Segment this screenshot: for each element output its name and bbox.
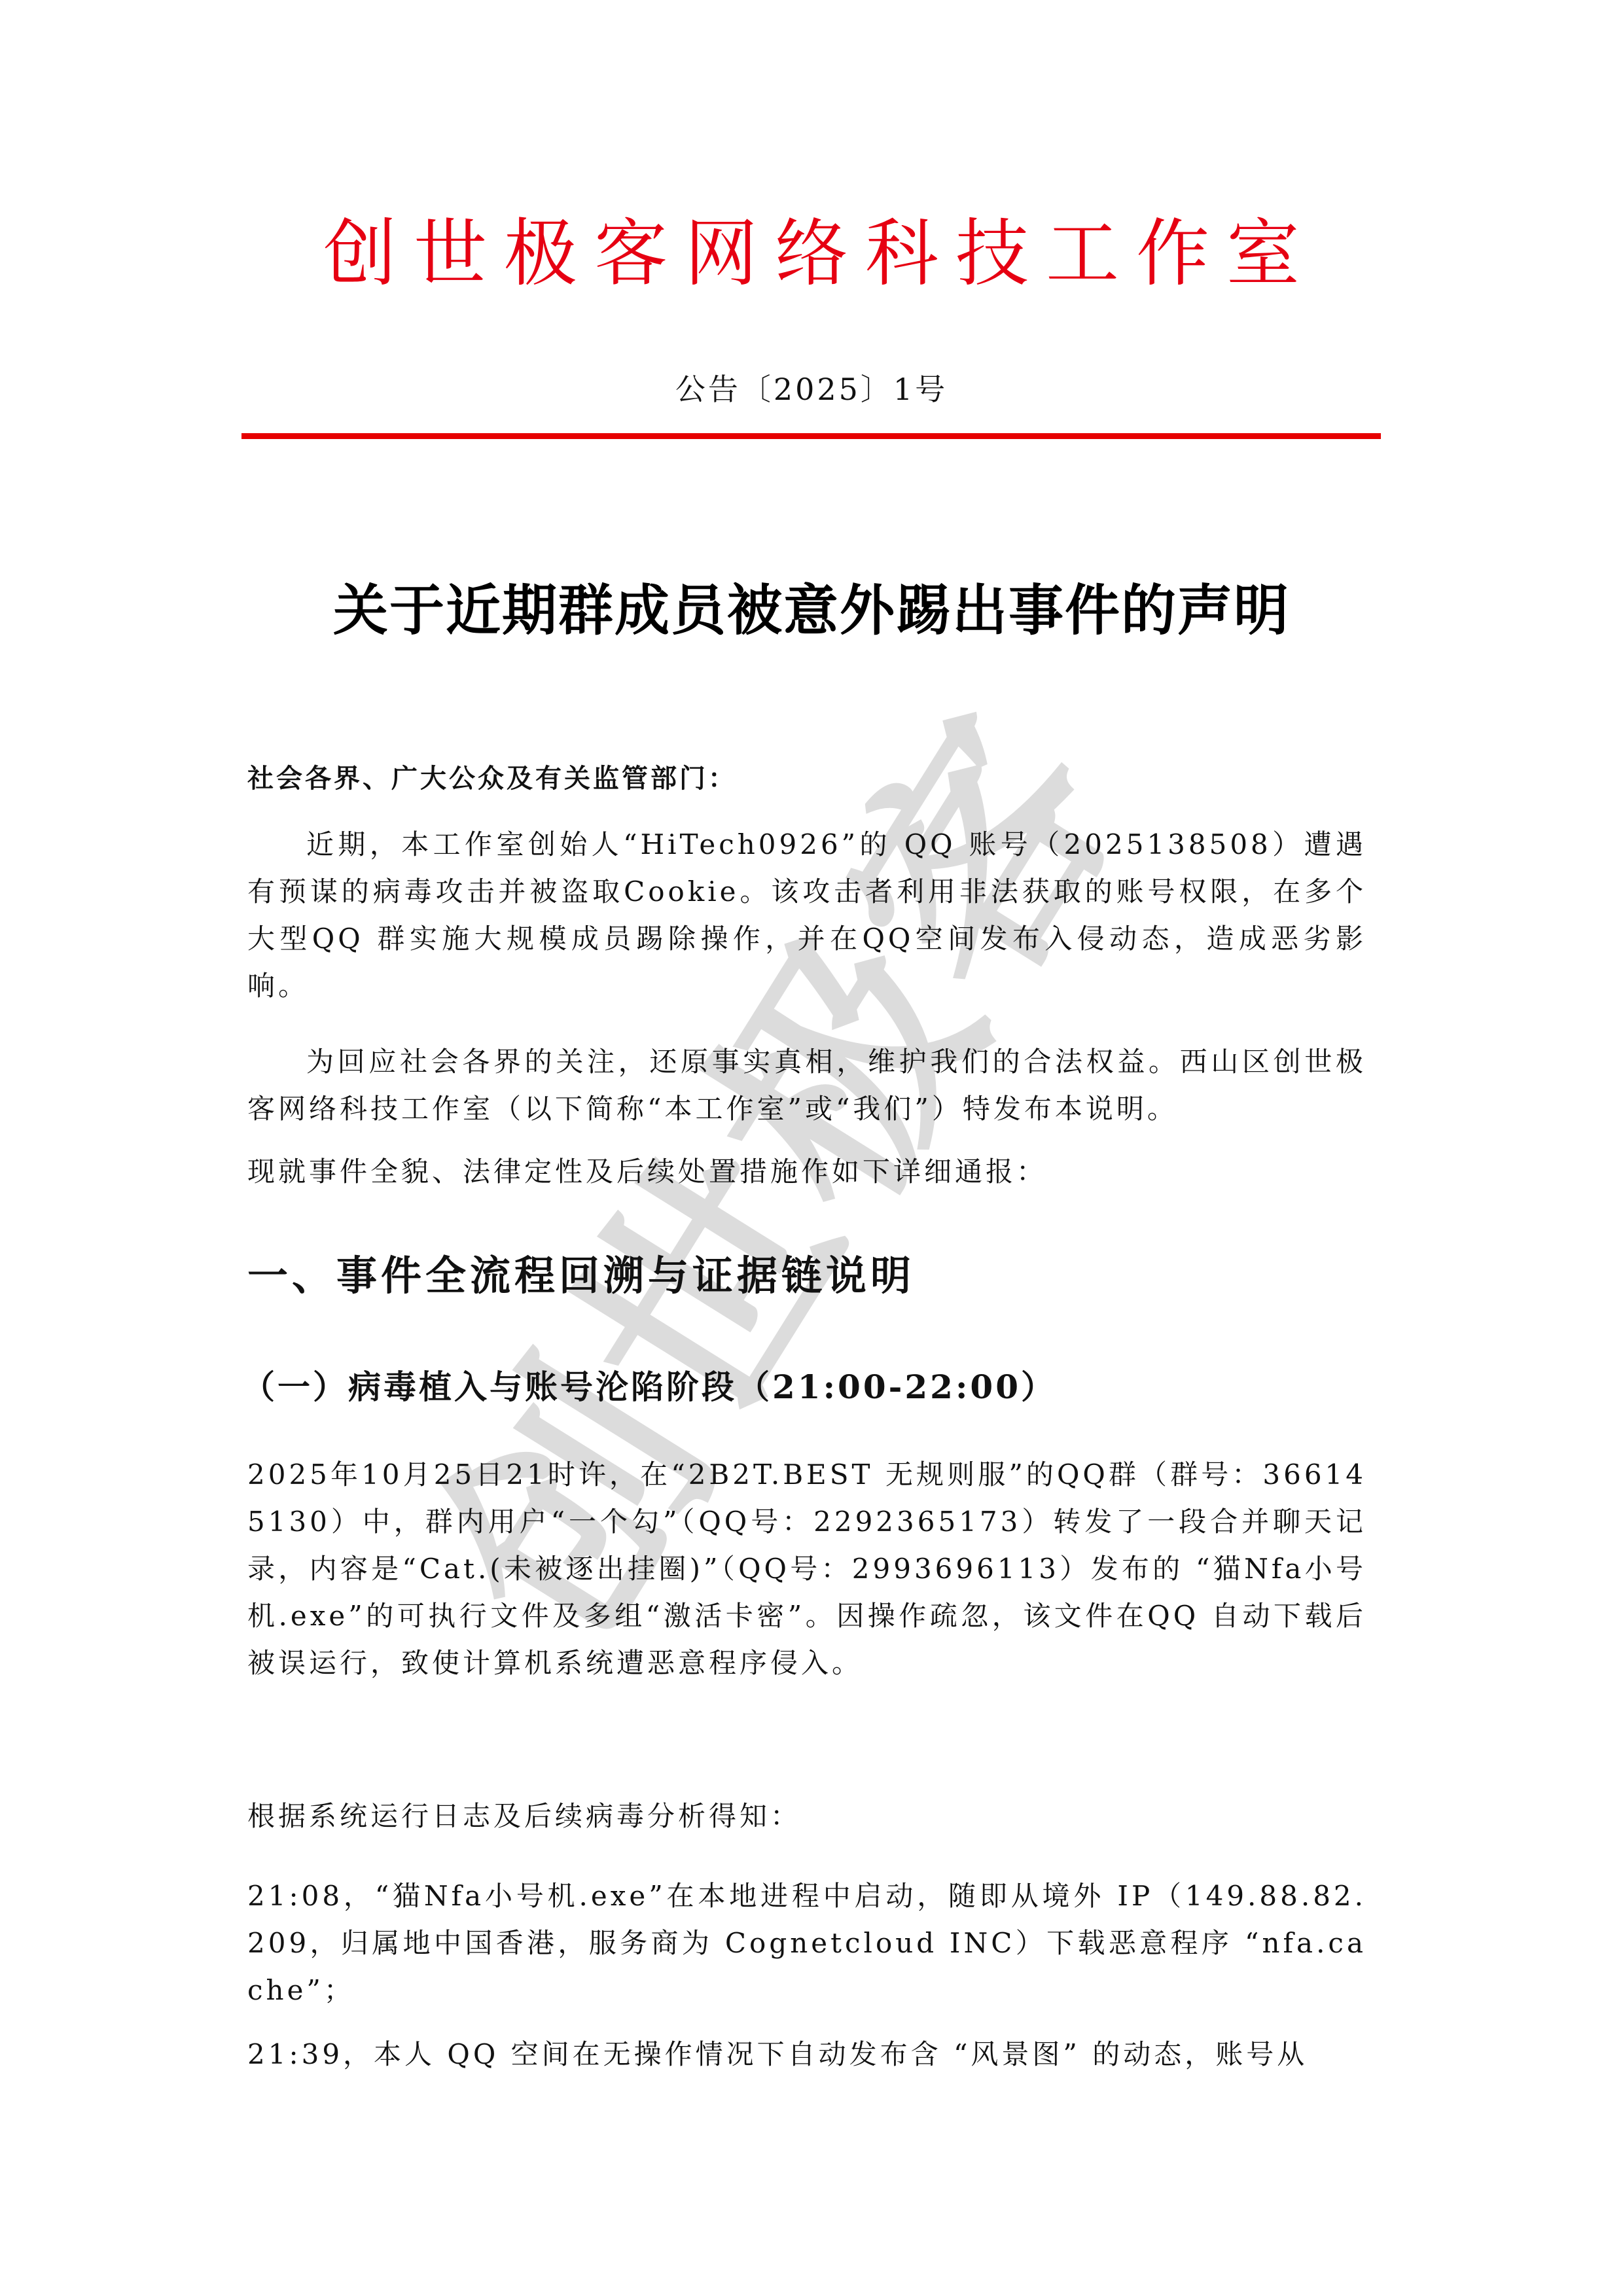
document-page: 创世极客 创世极客网络科技工作室 公告〔2025〕1号 关于近期群成员被意外踢出…	[0, 0, 1623, 2296]
paragraph-virus-origin: 2025年10月25日21时许，在“2B2T.BEST 无规则服”的QQ群（群号…	[247, 1451, 1366, 1687]
subsection-heading-1: （一）病毒植入与账号沦陷阶段（21:00-22:00）	[242, 1361, 1361, 1413]
red-divider-line	[241, 433, 1381, 439]
timeline-entry-2108: 21:08，“猫Nfa小号机.exe”在本地进程中启动，随即从境外 IP（149…	[247, 1873, 1366, 2014]
organization-name-header: 创世极客网络科技工作室	[0, 208, 1623, 300]
section-heading-1: 一、事件全流程回溯与证据链说明	[247, 1246, 1366, 1305]
document-number: 公告〔2025〕1号	[0, 370, 1623, 409]
paragraph-purpose: 为回应社会各界的关注，还原事实真相，维护我们的合法权益。西山区创世极客网络科技工…	[247, 1038, 1366, 1133]
paragraph-incident-summary: 近期，本工作室创始人“HiTech0926”的 QQ 账号（2025138508…	[247, 821, 1366, 1010]
paragraph-analysis-intro: 根据系统运行日志及后续病毒分析得知：	[247, 1793, 1366, 1840]
document-title: 关于近期群成员被意外踢出事件的声明	[0, 574, 1623, 646]
document-content: 创世极客网络科技工作室 公告〔2025〕1号 关于近期群成员被意外踢出事件的声明…	[0, 0, 1623, 2296]
paragraph-intro-notice: 现就事件全貌、法律定性及后续处置措施作如下详细通报：	[247, 1148, 1366, 1195]
timeline-entry-2139: 21:39，本人 QQ 空间在无操作情况下自动发布含 “风景图” 的动态，账号从	[247, 2031, 1366, 2078]
salutation: 社会各界、广大公众及有关监管部门：	[247, 759, 1366, 798]
